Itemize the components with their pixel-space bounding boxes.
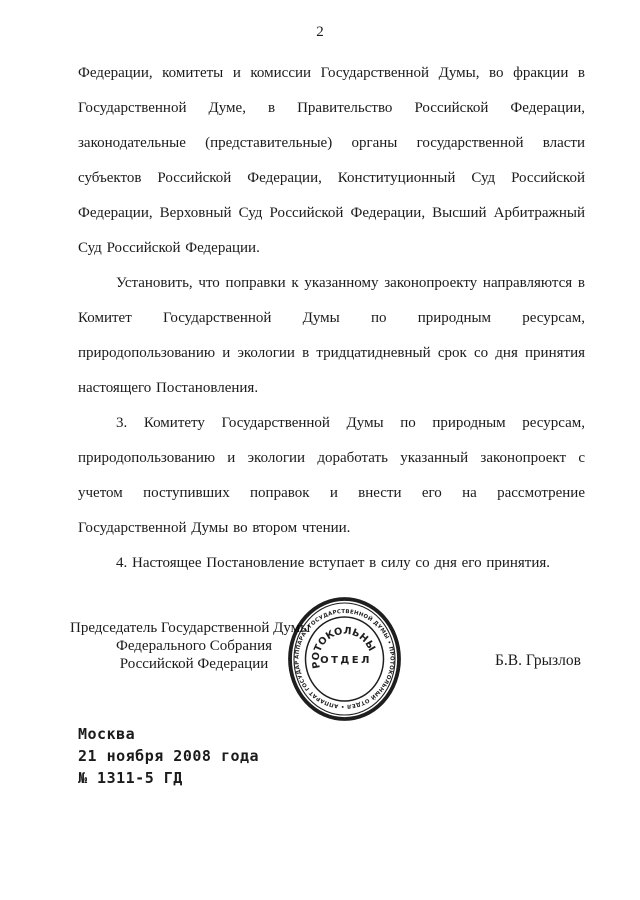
body-line: Федерации, комитеты и комиссии Государст… [78,56,585,91]
footer-date: 21 ноября 2008 года [78,745,259,767]
body-line: 3. Комитету Государственной Думы по прир… [78,406,585,441]
body-line: природопользованию и экологии доработать… [78,441,585,476]
body-line: Федерации, Верховный Суд Российской Феде… [78,196,585,231]
body-line: Комитет Государственной Думы по природны… [78,301,585,336]
stamp-subtitle: ОТДЕЛ [320,655,372,666]
signature-position-line: Российской Федерации [70,655,318,673]
body-line: Государственной Думе, в Правительство Ро… [78,91,585,126]
footer-block: Москва 21 ноября 2008 года № 1311-5 ГД [78,723,259,789]
body-line: Государственной Думы во втором чтении. [78,511,585,546]
body-line: природопользованию и экологии в тридцати… [78,336,585,371]
body-line: законодательные (представительные) орган… [78,126,585,161]
body-line: 4. Настоящее Постановление вступает в си… [78,546,585,581]
page-number: 2 [0,24,640,41]
signature-position-line: Федерального Собрания [70,637,318,655]
body-line: субъектов Российской Федерации, Конститу… [78,161,585,196]
round-stamp-seal: АППАРАТ ГОСУДАРСТВЕННОЙ ДУМЫ • ПРОТОКОЛЬ… [287,596,403,722]
body-line: Суд Российской Федерации. [78,231,585,266]
document-body: Федерации, комитеты и комиссии Государст… [78,56,585,581]
signature-block: Председатель Государственной Думы Федера… [70,619,318,673]
body-line: настоящего Постановления. [78,371,585,406]
signee-name: Б.В. Грызлов [495,652,581,670]
footer-city: Москва [78,723,259,745]
body-line: учетом поступивших поправок и внести его… [78,476,585,511]
footer-doc-number: № 1311-5 ГД [78,767,259,789]
signature-position-line: Председатель Государственной Думы [70,619,318,637]
document-page: 2 Федерации, комитеты и комиссии Государ… [0,0,640,900]
body-line: Установить, что поправки к указанному за… [78,266,585,301]
